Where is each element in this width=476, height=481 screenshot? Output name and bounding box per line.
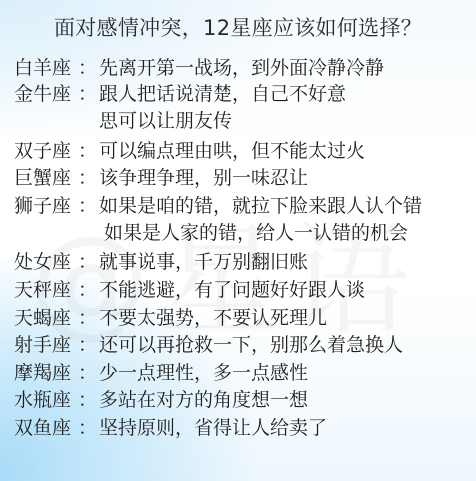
- sign-name: 巨蟹座: [14, 165, 76, 191]
- sign-advice: 就事说事，千万别翻旧账: [99, 249, 308, 275]
- sign-row-sagittarius: 射手座：还可以再抢救一下，别那么着急换人: [14, 332, 403, 358]
- sign-advice: 多站在对方的角度想一想: [99, 387, 308, 413]
- sign-advice: 可以编点理由哄，但不能太过火: [99, 138, 365, 164]
- sign-advice: 不要太强势，不要认死理儿: [99, 305, 327, 331]
- sign-name: 射手座: [14, 332, 76, 358]
- sign-row-scorpio: 天蝎座：不要太强势，不要认死理儿: [14, 305, 327, 331]
- separator: ：: [76, 332, 99, 358]
- sign-advice: 还可以再抢救一下，别那么着急换人: [99, 332, 403, 358]
- separator: ：: [76, 360, 99, 386]
- sign-advice-continuation: 如果是人家的错，给人一认错的机会: [104, 220, 408, 246]
- sign-advice: 坚持原则，省得让人给卖了: [99, 415, 327, 441]
- sign-row-aries: 白羊座：先离开第一战场，到外面冷静冷静: [14, 55, 384, 81]
- separator: ：: [76, 277, 99, 303]
- sign-row-gemini: 双子座：可以编点理由哄，但不能太过火: [14, 138, 365, 164]
- separator: ：: [76, 193, 99, 219]
- page-title: 面对感情冲突，12星座应该如何选择？: [0, 12, 476, 42]
- sign-row-capricorn: 摩羯座：少一点理性，多一点感性: [14, 360, 308, 386]
- sign-name: 处女座: [14, 249, 76, 275]
- separator: ：: [76, 387, 99, 413]
- sign-name: 天蝎座: [14, 305, 76, 331]
- sign-name: 双鱼座: [14, 415, 76, 441]
- sign-advice: 先离开第一战场，到外面冷静冷静: [99, 55, 384, 81]
- sign-name: 水瓶座: [14, 387, 76, 413]
- separator: ：: [76, 138, 99, 164]
- sign-name: 金牛座: [14, 81, 76, 107]
- separator: ：: [76, 55, 99, 81]
- sign-name: 天秤座: [14, 277, 76, 303]
- sign-advice: 跟人把话说清楚，自己不好意: [99, 81, 346, 107]
- sign-row-aquarius: 水瓶座：多站在对方的角度想一想: [14, 387, 308, 413]
- separator: ：: [76, 305, 99, 331]
- separator: ：: [76, 415, 99, 441]
- sign-advice-continuation: 思可以让朋友传: [99, 108, 232, 134]
- sign-row-taurus: 金牛座：跟人把话说清楚，自己不好意: [14, 81, 346, 107]
- sign-name: 白羊座: [14, 55, 76, 81]
- sign-row-leo: 狮子座：如果是咱的错，就拉下脸来跟人认个错: [14, 193, 422, 219]
- sign-advice: 少一点理性，多一点感性: [99, 360, 308, 386]
- sign-advice: 如果是咱的错，就拉下脸来跟人认个错: [99, 193, 422, 219]
- separator: ：: [76, 249, 99, 275]
- separator: ：: [76, 165, 99, 191]
- sign-row-virgo: 处女座：就事说事，千万别翻旧账: [14, 249, 308, 275]
- sign-name: 摩羯座: [14, 360, 76, 386]
- sign-advice: 该争理争理，别一味忍让: [99, 165, 308, 191]
- sign-row-libra: 天秤座：不能逃避，有了问题好好跟人谈: [14, 277, 365, 303]
- sign-row-pisces: 双鱼座：坚持原则，省得让人给卖了: [14, 415, 327, 441]
- separator: ：: [76, 81, 99, 107]
- sign-name: 狮子座: [14, 193, 76, 219]
- sign-advice: 不能逃避，有了问题好好跟人谈: [99, 277, 365, 303]
- sign-row-cancer: 巨蟹座：该争理争理，别一味忍让: [14, 165, 308, 191]
- sign-name: 双子座: [14, 138, 76, 164]
